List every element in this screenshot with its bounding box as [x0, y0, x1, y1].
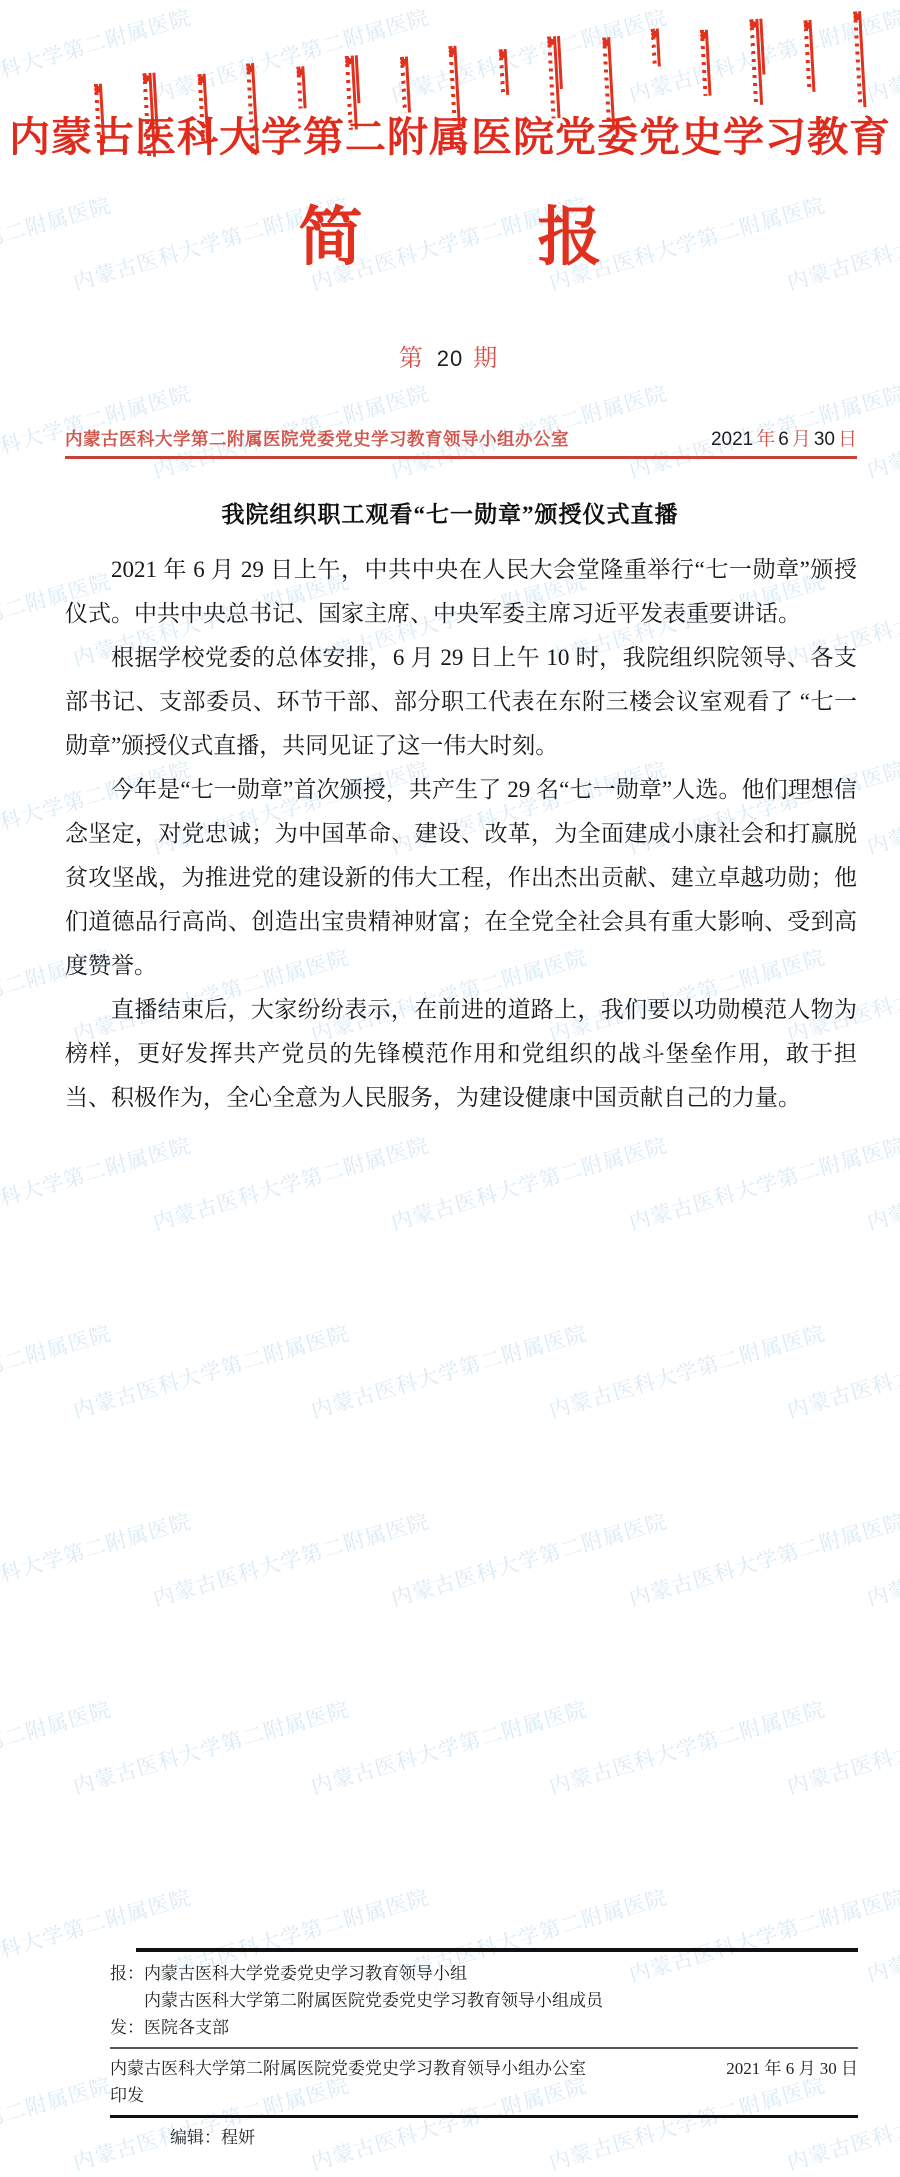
bulletin-page: 内蒙古医科大学第二附属医院内蒙古医科大学第二附属医院内蒙古医科大学第二附属医院内… [0, 0, 900, 2177]
issuer-date: 2021 年 6 月 30 日 [726, 2055, 858, 2082]
watermark-text: 内蒙古医科大学第二附属医院 [783, 1317, 900, 1425]
bulletin-name-char-2: 报 [538, 186, 602, 278]
watermark-text: 内蒙古医科大学第二附属医院 [307, 1693, 590, 1801]
watermark-text: 内蒙古医科大学第二附属医院 [625, 1129, 900, 1237]
mongolian-glyph-icon [749, 19, 767, 106]
bulletin-org-title: 内蒙古医科大学第二附属医院党委党史学习教育 [0, 104, 900, 163]
watermark-text: 内蒙古医科大学第二附属医院 [863, 753, 900, 861]
watermark-text: 内蒙古医科大学第二附属医院 [863, 1, 900, 109]
footer-divider-middle [110, 2047, 858, 2049]
issuer-second-line: 印发 [110, 2082, 858, 2109]
watermark-text: 内蒙古医科大学第二附属医院 [863, 1505, 900, 1613]
body-paragraph: 根据学校党委的总体安排，6 月 29 日上午 10 时，我院组织院领导、各支部书… [65, 636, 857, 768]
date-year-label: 年 [756, 429, 775, 450]
footer-divider-top [136, 1948, 858, 1952]
watermark-text: 内蒙古医科大学第二附属医院 [0, 1505, 195, 1613]
masthead-row: 内蒙古医科大学第二附属医院党委党史学习教育领导小组办公室 2021年6月30日 [65, 424, 857, 451]
watermark-text: 内蒙古医科大学第二附属医院 [387, 1505, 670, 1613]
date-month-label: 月 [792, 429, 811, 450]
mongolian-glyph-icon [700, 30, 712, 96]
office-name: 内蒙古医科大学第二附属医院党委党史学习教育领导小组办公室 [65, 426, 569, 451]
watermark-text: 内蒙古医科大学第二附属医院 [863, 1129, 900, 1237]
watermark-text: 内蒙古医科大学第二附属医院 [307, 1317, 590, 1425]
body-paragraph: 直播结束后，大家纷纷表示，在前进的道路上，我们要以功勋模范人物为榜样，更好发挥共… [65, 988, 857, 1120]
editor-line: 编辑：程妍 [170, 2124, 858, 2151]
mongolian-glyph-icon [296, 66, 306, 108]
mongolian-glyph-icon [804, 20, 816, 92]
issue-prefix: 第 [399, 346, 427, 372]
watermark-text: 内蒙古医科大学第二附属医院 [149, 1129, 432, 1237]
article-body: 2021 年 6 月 29 日上午，中共中央在人民大会堂隆重举行“七一勋章”颁授… [65, 548, 857, 1120]
editor-name: 程妍 [221, 2128, 255, 2147]
watermark-text: 内蒙古医科大学第二附属医院 [0, 1129, 195, 1237]
watermark-text: 内蒙古医科大学第二附属医院 [69, 1693, 352, 1801]
issuer-name: 内蒙古医科大学第二附属医院党委党史学习教育领导小组办公室 [110, 2055, 586, 2082]
mongolian-glyph-icon [498, 49, 509, 95]
watermark-text: 内蒙古医科大学第二附属医院 [0, 1693, 115, 1801]
watermark-text: 内蒙古医科大学第二附属医院 [387, 1129, 670, 1237]
footer-line: 内蒙古医科大学党委党史学习教育领导小组 [144, 1960, 858, 1987]
watermark-text: 内蒙古医科大学第二附属医院 [863, 377, 900, 485]
bulletin-name-char-1: 简 [299, 186, 363, 278]
masthead-divider [65, 456, 857, 459]
date-month: 6 [778, 429, 789, 450]
distribute-to-label: 发： [110, 2014, 144, 2041]
footer-line: 医院各支部 [144, 2014, 858, 2041]
body-paragraph: 今年是“七一勋章”首次颁授，共产生了 29 名“七一勋章”人选。他们理想信念坚定… [65, 768, 857, 988]
watermark-text: 内蒙古医科大学第二附属医院 [69, 1317, 352, 1425]
editor-label: 编辑： [170, 2128, 221, 2147]
issuer-row: 内蒙古医科大学第二附属医院党委党史学习教育领导小组办公室 2021 年 6 月 … [110, 2055, 858, 2082]
masthead-date: 2021年6月30日 [708, 424, 857, 451]
watermark-text: 内蒙古医科大学第二附属医院 [545, 1693, 828, 1801]
watermark-text: 内蒙古医科大学第二附属医院 [863, 1881, 900, 1989]
mongolian-glyph-icon [853, 11, 866, 107]
body-paragraph: 2021 年 6 月 29 日上午，中共中央在人民大会堂隆重举行“七一勋章”颁授… [65, 548, 857, 636]
date-day: 30 [814, 429, 835, 450]
report-to-lines: 内蒙古医科大学党委党史学习教育领导小组内蒙古医科大学第二附属医院党委党史学习教育… [144, 1960, 858, 2014]
watermark-text: 内蒙古医科大学第二附属医院 [0, 2069, 115, 2177]
report-to-row: 报： 内蒙古医科大学党委党史学习教育领导小组内蒙古医科大学第二附属医院党委党史学… [110, 1960, 858, 2014]
bulletin-name: 简 报 [0, 186, 900, 278]
mongolian-glyph-icon [651, 28, 661, 66]
date-day-label: 日 [838, 429, 857, 450]
footer: 报： 内蒙古医科大学党委党史学习教育领导小组内蒙古医科大学第二附属医院党委党史学… [110, 1948, 858, 2151]
distribute-to-lines: 医院各支部 [144, 2014, 858, 2041]
article-title: 我院组织职工观看“七一勋章”颁授仪式直播 [0, 496, 900, 529]
footer-line: 内蒙古医科大学第二附属医院党委党史学习教育领导小组成员 [144, 1987, 858, 2014]
issue-suffix: 期 [473, 346, 501, 372]
watermark-text: 内蒙古医科大学第二附属医院 [783, 1693, 900, 1801]
distribute-to-row: 发： 医院各支部 [110, 2014, 858, 2041]
footer-divider-bottom [110, 2115, 858, 2119]
watermark-text: 内蒙古医科大学第二附属医院 [545, 1317, 828, 1425]
watermark-text: 内蒙古医科大学第二附属医院 [0, 1317, 115, 1425]
date-year: 2021 [711, 429, 753, 450]
watermark-text: 内蒙古医科大学第二附属医院 [625, 1505, 900, 1613]
report-to-label: 报： [110, 1960, 144, 2014]
issue-line: 第20期 [0, 338, 900, 373]
issue-number: 20 [437, 346, 463, 371]
watermark-text: 内蒙古医科大学第二附属医院 [149, 1505, 432, 1613]
